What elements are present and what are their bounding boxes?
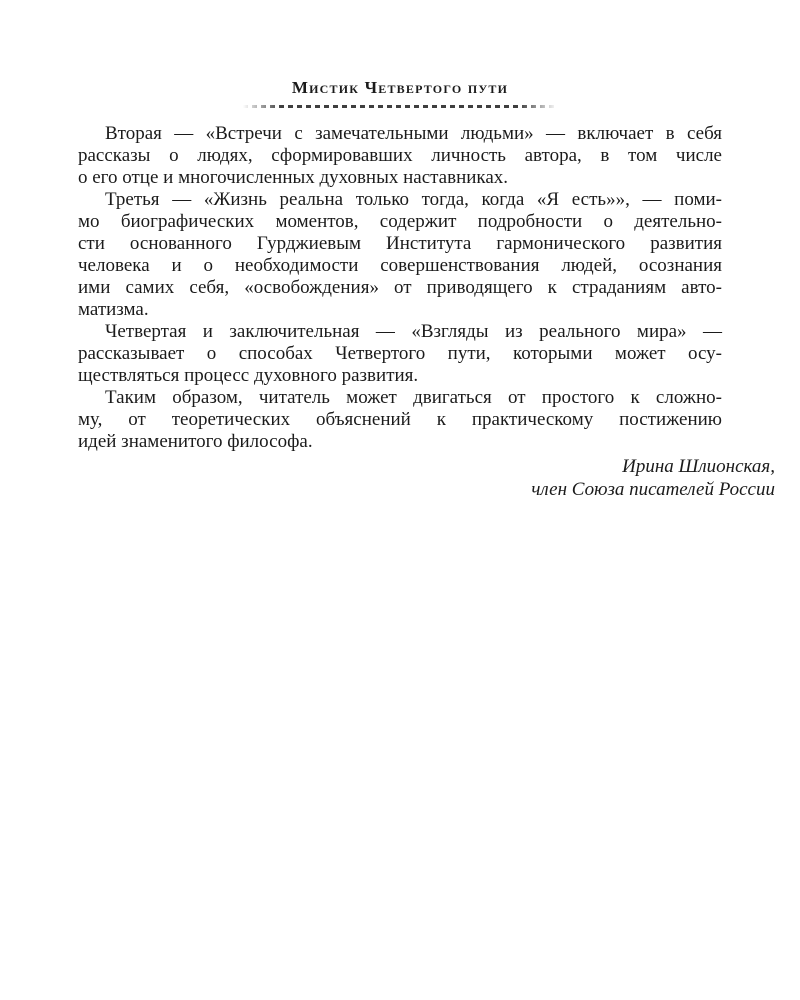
paragraph: Третья — «Жизнь реальна только тогда, ко… <box>78 189 722 321</box>
text-line: рассказы о людях, сформировавших личност… <box>78 145 722 167</box>
text-line: Таким образом, читатель может двигаться … <box>78 387 722 409</box>
text-line: рассказывает о способах Четвертого пути,… <box>78 343 722 365</box>
text-line: человека и о необходимости совершенствов… <box>78 255 722 277</box>
text-line: Третья — «Жизнь реальна только тогда, ко… <box>78 189 722 211</box>
text-line: Вторая — «Встречи с замечательными людьм… <box>78 123 722 145</box>
paragraph: Вторая — «Встречи с замечательными людьм… <box>78 123 722 189</box>
signature-line: член Союза писателей России <box>0 478 775 501</box>
text-line: идей знаменитого философа. <box>78 431 722 453</box>
text-line: о его отце и многочисленных духовных нас… <box>78 167 722 189</box>
paragraph: Таким образом, читатель может двигаться … <box>78 387 722 453</box>
book-page: Мистик Четвертого пути Вторая — «Встречи… <box>0 0 800 1000</box>
text-line: ими самих себя, «освобождения» от привод… <box>78 277 722 299</box>
text-line: матизма. <box>78 299 722 321</box>
signature: Ирина Шлионская,член Союза писателей Рос… <box>0 455 800 501</box>
paragraph: Четвертая и заключительная — «Взгляды из… <box>78 321 722 387</box>
text-line: мо биографических моментов, содержит под… <box>78 211 722 233</box>
body-text: Вторая — «Встречи с замечательными людьм… <box>78 123 722 453</box>
text-line: Четвертая и заключительная — «Взгляды из… <box>78 321 722 343</box>
running-header: Мистик Четвертого пути <box>0 78 800 98</box>
text-line: ществляться процесс духовного развития. <box>78 365 722 387</box>
header-divider-rule <box>243 105 557 108</box>
text-line: му, от теоретических объяснений к практи… <box>78 409 722 431</box>
signature-line: Ирина Шлионская, <box>0 455 775 478</box>
text-line: сти основанного Гурджиевым Института гар… <box>78 233 722 255</box>
